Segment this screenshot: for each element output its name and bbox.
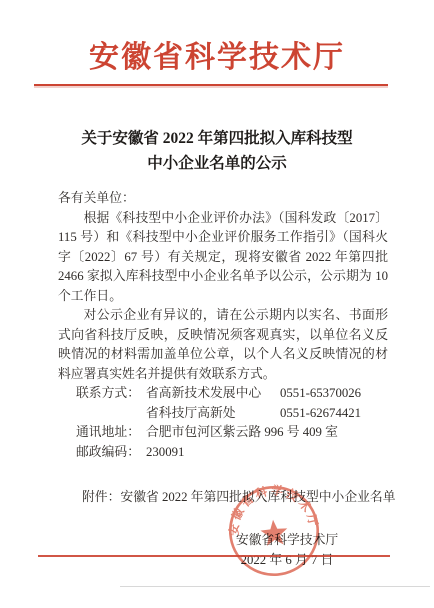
seal-star-icon <box>260 519 289 547</box>
document-body: 各有关单位： 根据《科技型中小企业评价办法》（国科发政〔2017〕115 号）和… <box>58 189 388 508</box>
postcode-value: 230091 <box>146 443 184 463</box>
contact-org-1: 省高新技术发展中心 <box>146 384 280 404</box>
address-row: 通讯地址： 合肥市包河区紫云路 996 号 409 室 <box>58 423 388 443</box>
contact-org-2: 省科技厅高新处 <box>146 404 280 424</box>
letterhead-agency-name: 安徽省科学技术厅 <box>0 0 434 76</box>
paragraph-basis: 根据《科技型中小企业评价办法》（国科发政〔2017〕115 号）和《科技型中小企… <box>58 209 388 307</box>
document-page: 安徽省科学技术厅 关于安徽省 2022 年第四批拟入库科技型 中小企业名单的公示… <box>0 0 434 608</box>
contact-label: 联系方式： <box>76 384 146 404</box>
contact-phone-2: 0551-62674421 <box>280 404 361 424</box>
document-title-line1: 关于安徽省 2022 年第四批拟入库科技型 <box>81 130 352 147</box>
document-title-line2: 中小企业名单的公示 <box>147 155 287 172</box>
address-label: 通讯地址： <box>76 423 146 443</box>
contact-row-1: 联系方式： 省高新技术发展中心 0551-65370026 <box>58 384 388 404</box>
contact-phone-1: 0551-65370026 <box>280 384 361 404</box>
footer-faint-line <box>120 586 430 587</box>
address-value: 合肥市包河区紫云路 996 号 409 室 <box>146 423 338 443</box>
contact-row-2: 省科技厅高新处 0551-62674421 <box>58 404 388 424</box>
official-seal: 安徽省科学技术厅 <box>223 480 325 582</box>
letterhead-divider <box>34 84 388 86</box>
attachment-label: 附件： <box>82 490 120 504</box>
contact-label-spacer <box>76 404 146 424</box>
salutation: 各有关单位： <box>58 189 388 209</box>
postcode-label: 邮政编码： <box>76 443 146 463</box>
document-title: 关于安徽省 2022 年第四批拟入库科技型 中小企业名单的公示 <box>38 126 396 176</box>
paragraph-objection: 对公示企业有异议的，请在公示期内以实名、书面形式向省科技厅反映，反映情况须客观真… <box>58 306 388 384</box>
postcode-row: 邮政编码： 230091 <box>58 443 388 463</box>
footer-red-divider <box>38 555 390 557</box>
